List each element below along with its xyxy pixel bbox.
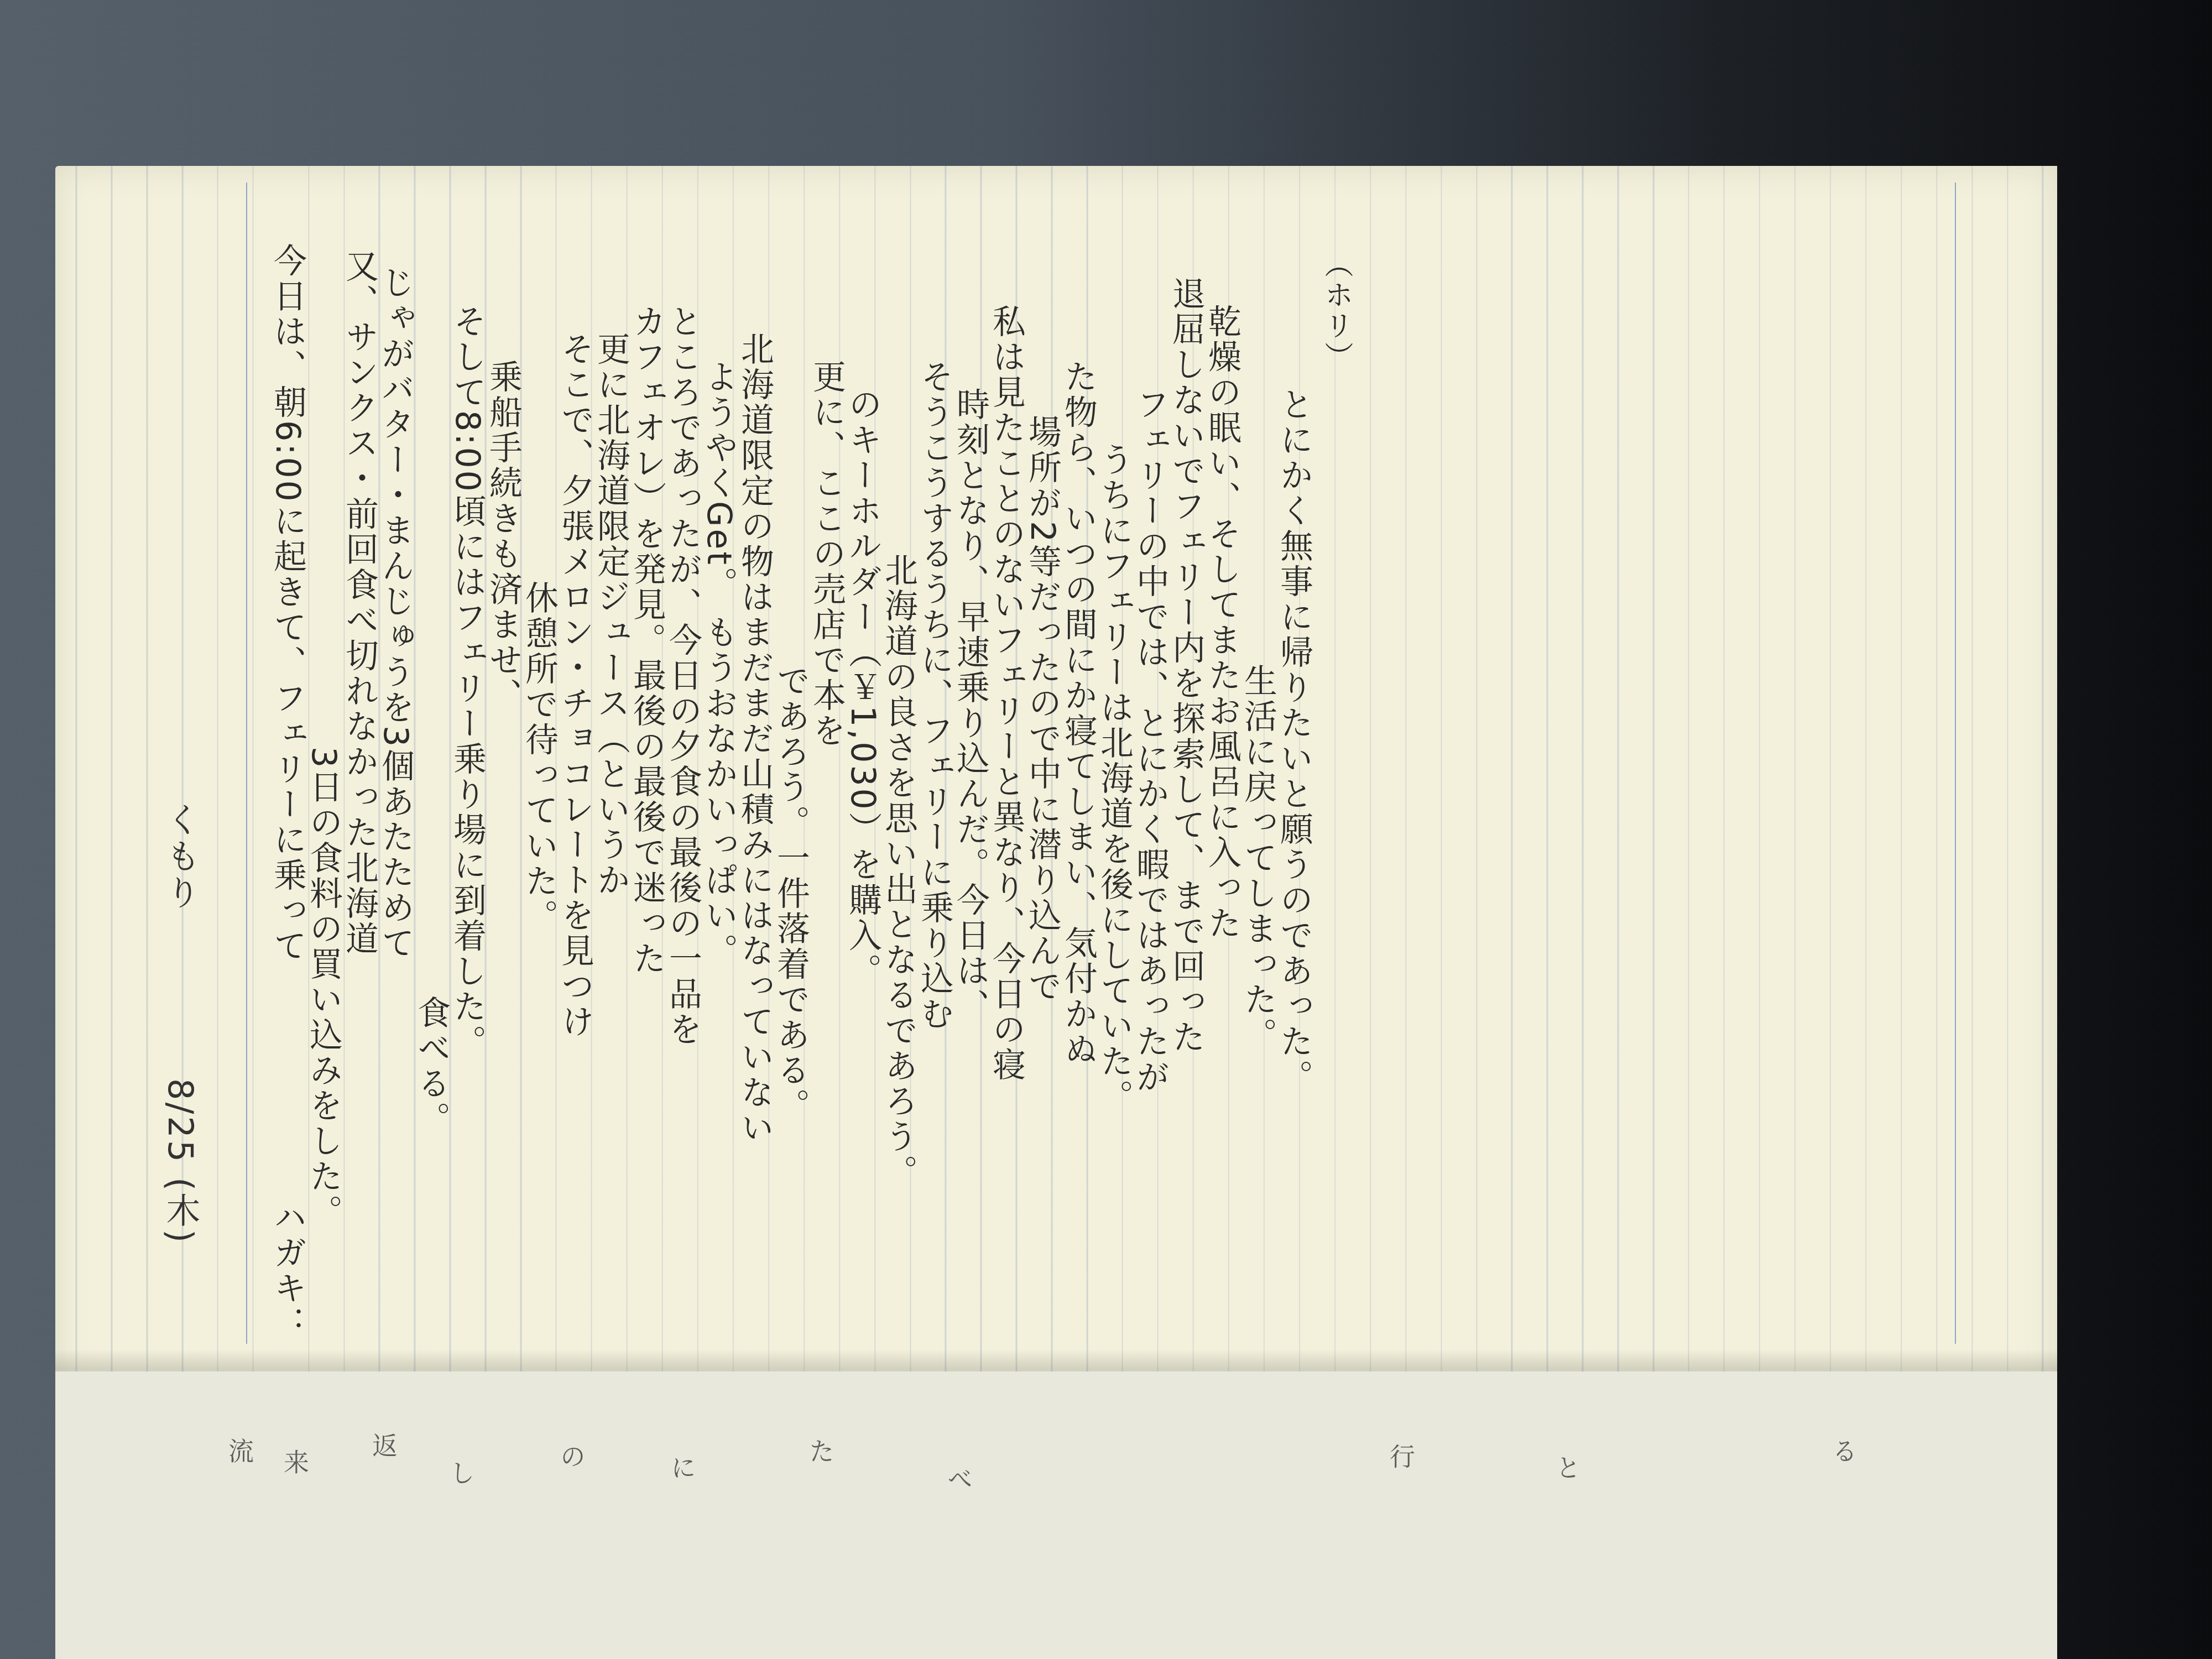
diary-line: 食べる。 <box>415 995 448 1137</box>
diary-line: 今日は、朝6:00に起きて、フェリーに乗って <box>271 243 304 1128</box>
diary-line: 更に北海道限定ジュース（というか <box>594 332 628 898</box>
diary-line: うちにフェリーは北海道を後にしていた。 <box>1098 442 1131 1115</box>
diary-line: ようやくGet。 もうおなかいっぱい。 <box>702 359 735 969</box>
diary-line: 退屈しないでフェリー内を探索して、まで回った <box>1170 276 1203 1055</box>
diary-line: 生活に戻ってしまった。 <box>1241 664 1275 1053</box>
diary-line: 更に、ここの売店で本を <box>810 359 843 749</box>
facing-page-text: る <box>1825 1438 1861 1463</box>
facing-page: 流 来 返 し の に た べ 行 と る <box>55 1371 2057 1659</box>
diary-line: 休憩所で待っていた。 <box>523 581 556 935</box>
diary-line: 場所が2等だったので中に潜り込んで <box>1026 415 1059 1004</box>
signature: （ホリ） <box>1322 249 1350 373</box>
diary-line: そこで、夕張メロン・チョコレートを見つけ <box>559 332 592 1040</box>
diary-line: 乾燥の眠い、そしてまたお風呂に入った <box>1206 304 1239 941</box>
facing-page-text: た <box>802 1438 838 1463</box>
diary-line: 又、サンクス・前回食べ切れなかった北海道 <box>343 249 376 957</box>
diary-line: 私は見たことのないフェリーと異なり、今日の寝 <box>990 304 1023 1083</box>
facing-page-text: の <box>553 1443 589 1469</box>
diary-line: 3日の食料の買い込みをした。 <box>307 747 340 1230</box>
diary-line: 北海道限定の物はまだまだ山積みにはなっていない <box>738 332 771 1146</box>
facing-page-text: 行 <box>1383 1443 1419 1469</box>
margin-line-left <box>246 182 247 1344</box>
diary-line: 時刻となり、早速乗り込んだ。今日は、 <box>954 387 987 1024</box>
diary-line: ハガキ： <box>271 1200 304 1342</box>
facing-page-text: し <box>442 1460 479 1485</box>
facing-page-text: 流 <box>221 1438 258 1463</box>
facing-page-text: 返 <box>365 1432 401 1458</box>
notebook-page: 8/25 (木) くもり ハガキ： 今日は、朝6:00に起きて、フェリーに乗って… <box>55 166 2057 1659</box>
bleed-through-text <box>1687 210 1728 239</box>
diary-line: フェリーの中では、とにかく暇ではあったが <box>1134 387 1167 1095</box>
diary-line: た物ら、いつの間にか寝てしまい、気付かぬ <box>1062 359 1095 1067</box>
diary-line: そして8:00頃にはフェリー乗り場に到着した。 <box>451 304 484 1060</box>
diary-date: 8/25 (木) <box>163 1078 197 1245</box>
diary-weather: くもり <box>163 802 197 911</box>
diary-line: であろう。一件落着である。 <box>774 664 807 1124</box>
diary-line: とにかく無事に帰りたいと願うのであった。 <box>1277 387 1311 1095</box>
facing-page-text: べ <box>940 1465 977 1491</box>
diary-line: カフェオレ）を発見。最後の最後で迷った <box>630 304 664 977</box>
diary-line: 北海道の良さを思い出となるであろう。 <box>882 553 915 1190</box>
diary-line: ところであったが、今日の夕食の最後の一品を <box>666 304 700 1047</box>
diary-line: 乗船手続きも済ませ、 <box>487 359 520 713</box>
facing-page-text: 来 <box>276 1449 313 1474</box>
margin-line-right <box>1955 182 1956 1344</box>
facing-page-text: と <box>1548 1454 1585 1480</box>
diary-line: そうこうするうちに、フェリーに乗り込む <box>918 359 951 1032</box>
facing-page-text: に <box>664 1454 700 1480</box>
diary-line: じゃがバター・まんじゅうを3個あたためて <box>379 265 412 961</box>
diary-line: のキーホルダー（￥1,030）を購入。 <box>846 387 879 989</box>
